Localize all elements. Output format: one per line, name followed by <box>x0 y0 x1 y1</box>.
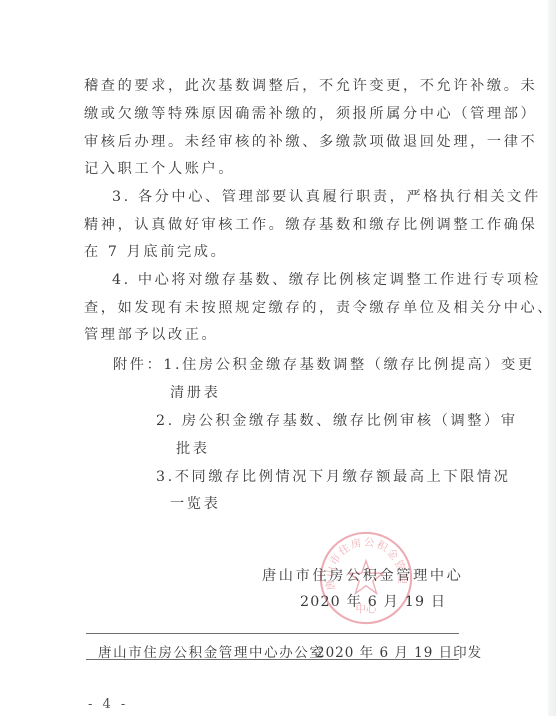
page-edge <box>548 0 556 716</box>
attachment-2: 2. 房公积金缴存基数、缴存比例审核（调整）审 <box>156 412 518 430</box>
issued-date: 2020 年 6 月 19 日印发 <box>316 641 482 661</box>
body-line: 精神，认真做好审核工作。缴存基数和缴存比例调整工作确保 <box>84 216 537 234</box>
body-line: 记入职工个人账户。 <box>84 160 235 178</box>
body-line: 稽查的要求，此次基数调整后，不允许变更，不允许补缴。未 <box>84 77 537 95</box>
attachment-2-continued: 批表 <box>176 440 210 458</box>
body-line: 审核后办理。未经审核的补缴、多缴款项做退回处理，一律不 <box>84 133 537 151</box>
attachment-3-continued: 一览表 <box>170 495 220 513</box>
attachment-1-continued: 清册表 <box>170 384 220 402</box>
attachment-3: 3.不同缴存比例情况下月缴存额最高上下限情况 <box>156 468 511 486</box>
signature-organization: 唐山市住房公积金管理中心 <box>262 565 463 585</box>
footer-bottom-rule <box>86 659 459 660</box>
body-paragraph-4: 4. 中心将对缴存基数、缴存比例核定调整工作进行专项检 <box>112 271 541 289</box>
body-line: 管理部予以改正。 <box>84 326 218 344</box>
attachment-number: 2. <box>156 413 175 429</box>
attachment-number: 3. <box>156 469 175 485</box>
attachment-number: 1. <box>163 357 182 373</box>
issuance-footer: 唐山市住房公积金管理中心办公室 2020 年 6 月 19 日印发 <box>98 641 458 661</box>
attachment-title: 不同缴存比例情况下月缴存额最高上下限情况 <box>175 469 511 485</box>
attachments-label: 附件： <box>113 357 163 373</box>
signature-date: 2020 年 6 月 19 日 <box>300 591 446 611</box>
body-line: 查，如发现有未按照规定缴存的，责令缴存单位及相关分中心、 <box>84 299 554 317</box>
document-page: 稽查的要求，此次基数调整后，不允许变更，不允许补缴。未 缴或欠缴等特殊原因确需补… <box>0 0 548 716</box>
attachment-1: 附件：1.住房公积金缴存基数调整（缴存比例提高）变更 <box>113 356 535 374</box>
body-paragraph-3: 3. 各分中心、管理部要认真履行职责，严格执行相关文件 <box>112 188 541 206</box>
page-number: - 4 - <box>88 697 128 712</box>
attachment-title: 住房公积金缴存基数调整（缴存比例提高）变更 <box>182 357 535 373</box>
body-line: 缴或欠缴等特殊原因确需补缴的，须报所属分中心（管理部） <box>84 105 537 123</box>
footer-top-rule <box>86 633 459 634</box>
body-line: 在 7 月底前完成。 <box>84 243 227 261</box>
attachment-title: 房公积金缴存基数、缴存比例审核（调整）审 <box>182 413 518 429</box>
